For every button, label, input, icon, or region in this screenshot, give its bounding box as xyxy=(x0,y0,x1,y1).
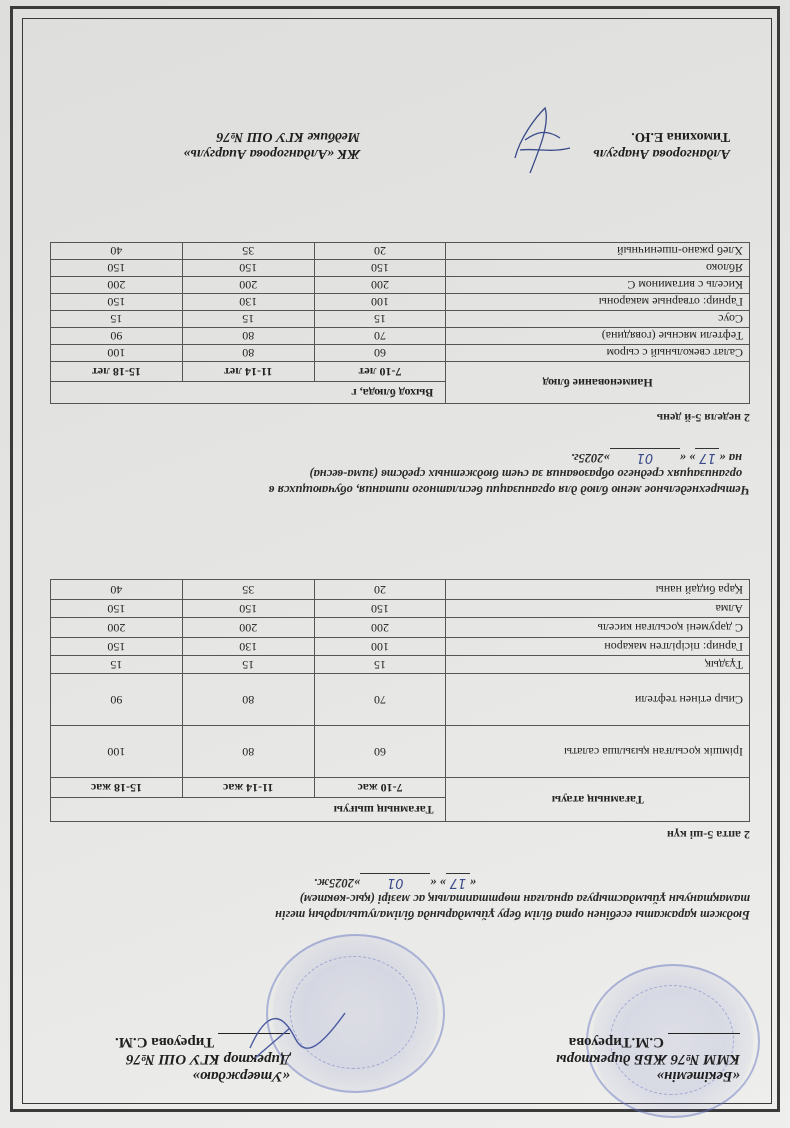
table-row: Гарнир: пісірілген макарон100130150 xyxy=(51,638,750,656)
date-day: 17 xyxy=(446,873,470,890)
ru-age-col: 15-18 лет xyxy=(51,362,183,382)
handwritten-signature xyxy=(470,98,590,178)
portion-value: 40 xyxy=(51,580,183,600)
table-row: Тұздық151515 xyxy=(51,656,750,674)
dish-name: Хлеб ржано-пшеничный xyxy=(446,243,750,260)
kk-date: «17» «01»2025ж. xyxy=(40,873,750,891)
portion-value: 70 xyxy=(314,328,446,345)
portion-value: 70 xyxy=(314,674,446,726)
dish-name: Тефтели мясные (говядина) xyxy=(446,328,750,345)
portion-value: 150 xyxy=(51,294,183,311)
approval-kk-title: «Бекітемін» xyxy=(556,1067,740,1084)
ru-day-label: 2 неделя 5-й день xyxy=(657,410,750,425)
portion-value: 15 xyxy=(314,311,446,328)
portion-value: 100 xyxy=(51,726,183,778)
signature-block-left: Алдангорова Анаргуль Тимохина Е.Ю. xyxy=(593,128,730,162)
portion-value: 200 xyxy=(182,618,314,638)
portion-value: 90 xyxy=(51,674,183,726)
portion-value: 35 xyxy=(182,243,314,260)
dish-name: Қара бидай наны xyxy=(446,580,750,600)
signature-line xyxy=(668,1033,740,1034)
dish-name: Гарнир: отварные макароны xyxy=(446,294,750,311)
approval-ru-title: «Утверждаю» xyxy=(115,1067,290,1084)
approval-kk-name: С.М.Тиреуова xyxy=(569,1034,664,1050)
portion-value: 200 xyxy=(51,277,183,294)
contractor-line: ЖК «Алдангорова Аиаргуль» xyxy=(183,145,360,162)
dish-name: Алма xyxy=(446,600,750,618)
portion-value: 15 xyxy=(51,311,183,328)
approval-kk-position: КММ №76 ЖББ директоры xyxy=(556,1050,740,1067)
date-year: »2025ж. xyxy=(314,876,360,890)
table-row: С дәрумені қосылған кисель200200200 xyxy=(51,618,750,638)
page-border-inner xyxy=(22,18,772,1104)
ru-intro-line1: Четырехнедельное меню блюд для организац… xyxy=(40,482,750,498)
table-row: Ірімшік қосылған қызылша салаты6080100 xyxy=(51,726,750,778)
table-row: Хлеб ржано-пшеничный203540 xyxy=(51,243,750,260)
kk-col-group: Тағамның шығуы xyxy=(51,798,446,822)
kk-intro-line1: Бюджет қаражаты есебінен орта білім беру… xyxy=(40,907,750,923)
portion-value: 100 xyxy=(51,345,183,362)
document-page: «Бекітемін» КММ №76 ЖББ директоры С.М.Ти… xyxy=(0,0,790,1128)
dish-name: С дәрумені қосылған кисель xyxy=(446,618,750,638)
portion-value: 15 xyxy=(51,656,183,674)
ru-col-group: Выход блюда, г xyxy=(51,382,446,404)
director-signature xyxy=(230,998,350,1068)
ru-menu-table: Наименование блюд Выход блюда, г 7-10 ле… xyxy=(50,242,750,404)
ru-age-col: 7-10 лет xyxy=(314,362,446,382)
date-month: 01 xyxy=(360,873,430,890)
ru-intro: Четырехнедельное меню блюд для организац… xyxy=(40,448,750,498)
date-sep: » « xyxy=(430,876,446,890)
portion-value: 35 xyxy=(182,580,314,600)
dish-name: Салат свекольный с сыром xyxy=(446,345,750,362)
portion-value: 200 xyxy=(314,277,446,294)
portion-value: 200 xyxy=(51,618,183,638)
ru-col-name: Наименование блюд xyxy=(446,362,750,404)
portion-value: 150 xyxy=(51,638,183,656)
table-row: Тефтели мясные (говядина)708090 xyxy=(51,328,750,345)
kk-day-label: 2 апта 5-ші күн xyxy=(667,827,750,842)
portion-value: 130 xyxy=(182,294,314,311)
kk-menu-table: Тағамның атауы Тағамның шығуы 7-10 жас 1… xyxy=(50,579,750,822)
date-open: на « xyxy=(719,451,742,465)
portion-value: 80 xyxy=(182,345,314,362)
nurse-name-line2: Тимохина Е.Ю. xyxy=(593,128,730,145)
approval-ru-name: Тиреуова С.М. xyxy=(115,1034,214,1050)
table-row: Алма150150150 xyxy=(51,600,750,618)
portion-value: 90 xyxy=(51,328,183,345)
portion-value: 200 xyxy=(314,618,446,638)
nurse-position-line: Медбике КГУ ОШ №76 xyxy=(183,128,360,145)
portion-value: 150 xyxy=(314,260,446,277)
date-month: 01 xyxy=(610,448,680,465)
table-row: Кисель с витамином С200200200 xyxy=(51,277,750,294)
dish-name: Тұздық xyxy=(446,656,750,674)
portion-value: 60 xyxy=(314,726,446,778)
portion-value: 15 xyxy=(314,656,446,674)
date-open: « xyxy=(470,876,476,890)
portion-value: 80 xyxy=(182,726,314,778)
nurse-name-line1: Алдангорова Анаргуль xyxy=(593,145,730,162)
dish-name: Гарнир: пісірілген макарон xyxy=(446,638,750,656)
portion-value: 80 xyxy=(182,674,314,726)
dish-name: Кисель с витамином С xyxy=(446,277,750,294)
portion-value: 200 xyxy=(182,277,314,294)
dish-name: Яблоко xyxy=(446,260,750,277)
table-row: Соус151515 xyxy=(51,311,750,328)
portion-value: 100 xyxy=(314,638,446,656)
date-sep: » « xyxy=(680,451,696,465)
dish-name: Сиыр етінен тефтели xyxy=(446,674,750,726)
dish-name: Соус xyxy=(446,311,750,328)
ru-age-col: 11-14 лет xyxy=(182,362,314,382)
portion-value: 150 xyxy=(182,600,314,618)
table-row: Салат свекольный с сыром6080100 xyxy=(51,345,750,362)
kk-age-col: 7-10 жас xyxy=(314,778,446,798)
portion-value: 130 xyxy=(182,638,314,656)
portion-value: 150 xyxy=(51,600,183,618)
portion-value: 150 xyxy=(314,600,446,618)
portion-value: 20 xyxy=(314,243,446,260)
ru-intro-line2: организациях среднего образования за сче… xyxy=(40,466,750,482)
date-year: »2025г. xyxy=(571,451,610,465)
approval-kk: «Бекітемін» КММ №76 ЖББ директоры С.М.Ти… xyxy=(556,1033,740,1084)
portion-value: 15 xyxy=(182,311,314,328)
portion-value: 150 xyxy=(182,260,314,277)
kk-age-col: 15-18 жас xyxy=(51,778,183,798)
signature-block-right: ЖК «Алдангорова Аиаргуль» Медбике КГУ ОШ… xyxy=(183,128,360,162)
table-row: Гарнир: отварные макароны100130150 xyxy=(51,294,750,311)
portion-value: 80 xyxy=(182,328,314,345)
table-row: Қара бидай наны203540 xyxy=(51,580,750,600)
portion-value: 20 xyxy=(314,580,446,600)
ru-date: на «17» «01»2025г. xyxy=(40,448,750,466)
kk-intro: Бюджет қаражаты есебінен орта білім беру… xyxy=(40,873,750,923)
portion-value: 150 xyxy=(51,260,183,277)
kk-col-name: Тағамның атауы xyxy=(446,778,750,822)
portion-value: 100 xyxy=(314,294,446,311)
kk-intro-line2: тамақтануын ұйымдастыруға арналған төртт… xyxy=(40,891,750,907)
table-row: Сиыр етінен тефтели708090 xyxy=(51,674,750,726)
portion-value: 15 xyxy=(182,656,314,674)
kk-age-col: 11-14 жас xyxy=(182,778,314,798)
dish-name: Ірімшік қосылған қызылша салаты xyxy=(446,726,750,778)
table-row: Яблоко150150150 xyxy=(51,260,750,277)
portion-value: 40 xyxy=(51,243,183,260)
date-day: 17 xyxy=(695,448,719,465)
portion-value: 60 xyxy=(314,345,446,362)
